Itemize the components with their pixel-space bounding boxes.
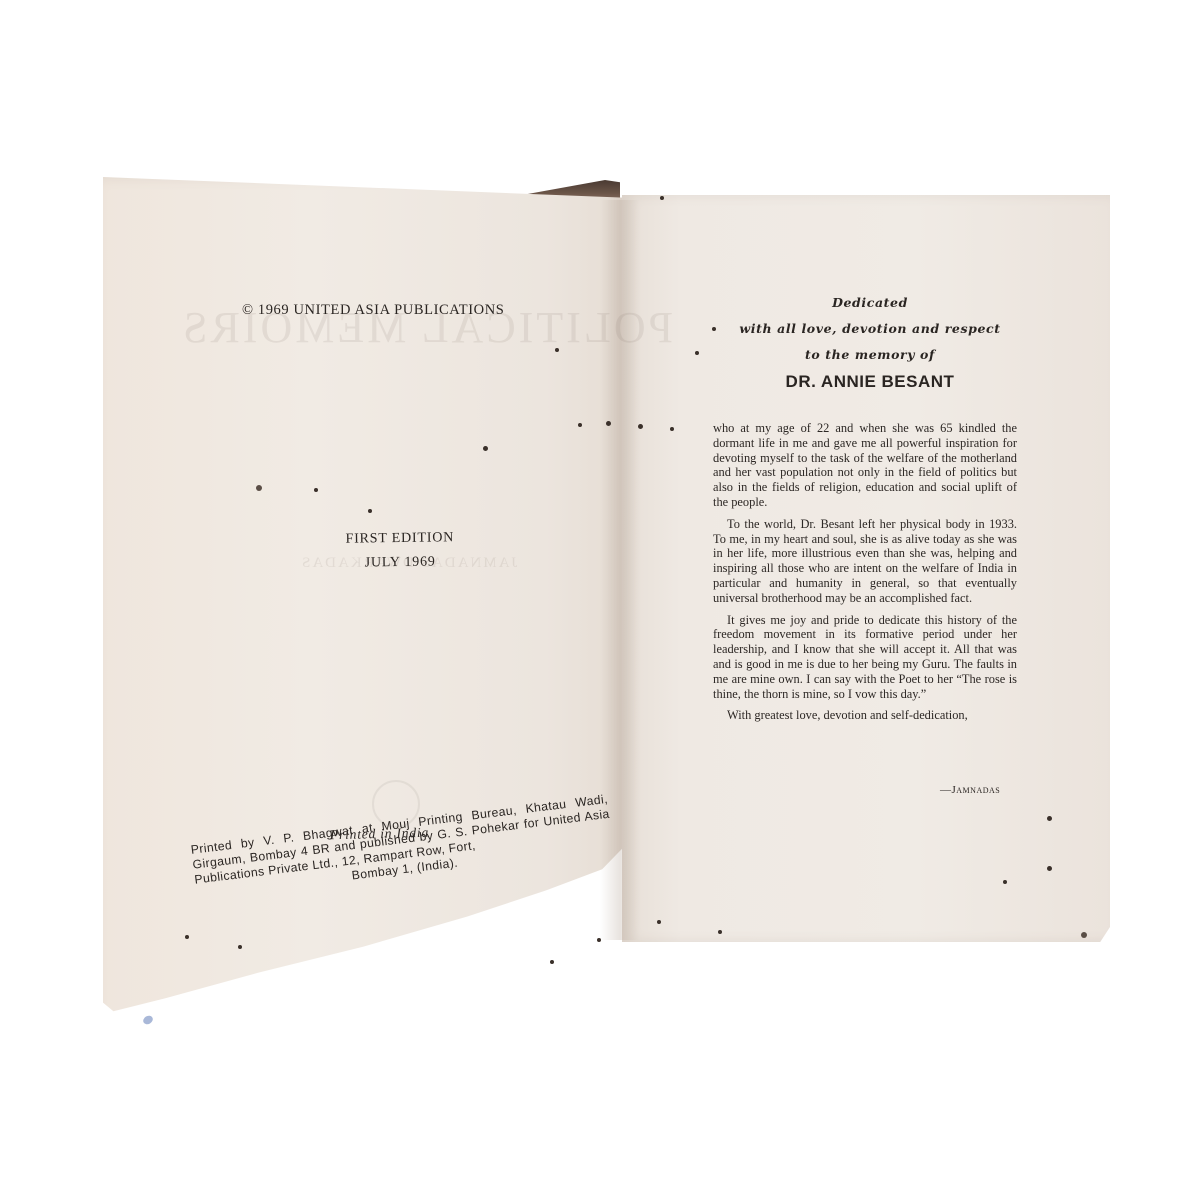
dedication-line: with all love, devotion and respect (690, 316, 1050, 342)
author-signature: —Jamnadas (940, 784, 1000, 796)
paper-speck (578, 423, 582, 427)
paper-speck (238, 945, 242, 949)
paper-speck (1047, 816, 1052, 821)
paper-speck (606, 421, 611, 426)
paper-speck (368, 509, 372, 513)
paper-speck (695, 351, 699, 355)
dedication-paragraph: To the world, Dr. Besant left her physic… (713, 517, 1017, 606)
paper-speck (657, 920, 661, 924)
dedication-line: to the memory of (690, 342, 1050, 368)
copyright-notice: © 1969 UNITED ASIA PUBLICATIONS (242, 302, 504, 319)
dedication-paragraph: who at my age of 22 and when she was 65 … (713, 421, 1017, 510)
dedication-line: Dedicated (690, 290, 1050, 316)
paper-speck (712, 327, 716, 331)
paper-speck (1081, 932, 1087, 938)
paper-speck (256, 485, 262, 491)
paper-speck (1003, 880, 1007, 884)
paper-speck (314, 488, 318, 492)
dedication-heading: Dedicated with all love, devotion and re… (690, 290, 1050, 368)
edition-block: FIRST EDITION JULY 1969 (300, 526, 501, 577)
paper-speck (670, 427, 674, 431)
paper-speck (638, 424, 643, 429)
dedication-paragraph: It gives me joy and pride to dedicate th… (713, 613, 1017, 702)
paper-speck (660, 196, 664, 200)
dedication-body: who at my age of 22 and when she was 65 … (713, 421, 1017, 730)
paper-stain (142, 1014, 155, 1026)
paper-speck (597, 938, 601, 942)
dedication-closing: With greatest love, devotion and self-de… (713, 708, 1017, 723)
dedicatee-name: DR. ANNIE BESANT (690, 372, 1050, 392)
paper-speck (185, 935, 189, 939)
paper-speck (555, 348, 559, 352)
open-book: POLITICAL MEMOIRS JAMNADAS DWARKADAS © 1… (0, 0, 1200, 1200)
paper-speck (550, 960, 554, 964)
paper-speck (1047, 866, 1052, 871)
paper-speck (483, 446, 488, 451)
edition-date: JULY 1969 (300, 550, 500, 577)
edition-label: FIRST EDITION (300, 526, 500, 553)
paper-speck (718, 930, 722, 934)
